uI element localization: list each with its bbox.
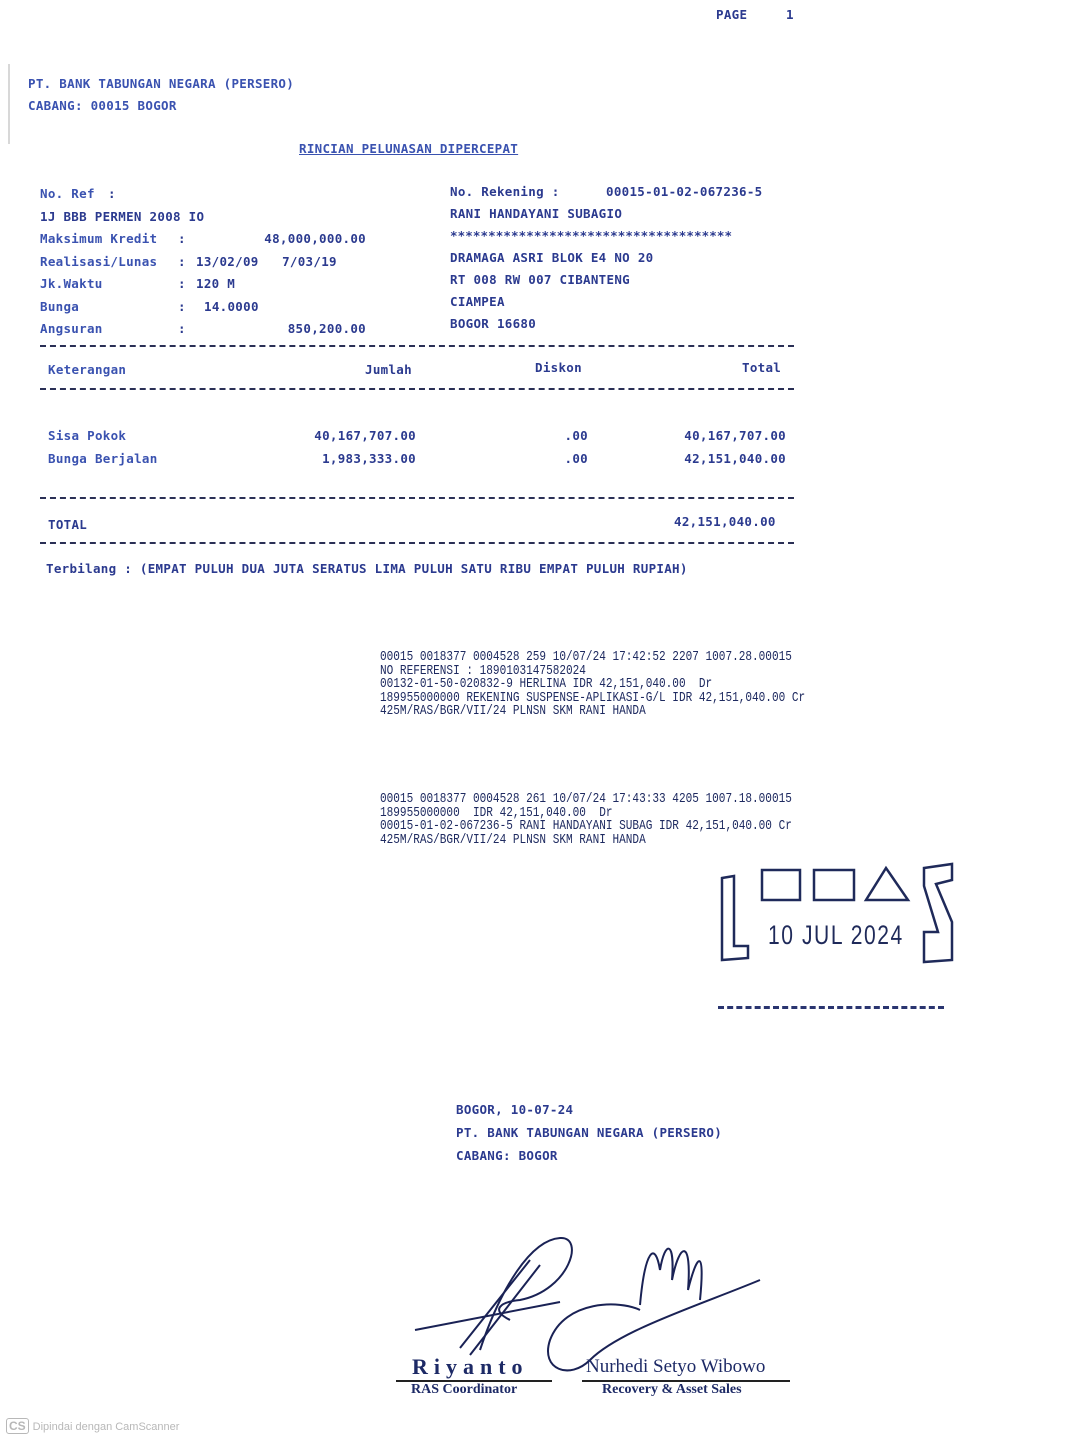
scan-edge-mark [8,64,10,144]
signer-2-name: Nurhedi Setyo Wibowo [586,1356,765,1378]
transaction-line: 425M/RAS/BGR/VII/24 PLNSN SKM RANI HANDA [380,705,646,719]
page-number: 1 [786,7,794,22]
transaction-line: 00015-01-02-067236-5 RANI HANDAYANI SUBA… [380,820,792,834]
bank-branch: CABANG: 00015 BOGOR [28,98,177,113]
divider [40,345,794,347]
signer-1-name: Riyanto [412,1354,529,1380]
divider [40,497,794,499]
header-jumlah: Jumlah [365,362,412,377]
account-label: No. Rekening : [450,184,560,199]
loan-field-separator: : [178,276,186,291]
address-line-4: BOGOR 16680 [450,316,536,331]
page-label: PAGE [716,7,747,22]
bank-name: PT. BANK TABUNGAN NEGARA (PERSERO) [28,76,294,91]
loan-field-label: Jk.Waktu [40,276,103,291]
place-date: BOGOR, 10-07-24 [456,1102,573,1117]
loan-field-value: 850,200.00 [288,321,366,336]
address-line-2: RT 008 RW 007 CIBANTENG [450,272,630,287]
row-total: 40,167,707.00 [684,428,786,443]
loan-field-value: 120 M [196,276,235,291]
loan-field-value: 1J BBB PERMEN 2008 IO [40,209,204,224]
loan-field-separator: : [178,254,186,269]
loan-field-value: 13/02/09 7/03/19 [196,254,337,269]
loan-field-separator: : [178,321,186,336]
camscanner-logo-icon: CS [6,1418,29,1434]
total-value: 42,151,040.00 [674,514,776,529]
signer-1-role: RAS Coordinator [411,1382,517,1398]
scanner-watermark: CSDipindai dengan CamScanner [6,1418,179,1434]
row-amount: 40,167,707.00 [314,428,416,443]
watermark-text: Dipindai dengan CamScanner [33,1421,180,1433]
transaction-line: 00132-01-50-020832-9 HERLINA IDR 42,151,… [380,678,712,692]
transaction-line: 189955000000 IDR 42,151,040.00 Dr [380,807,613,821]
loan-field-separator: : [108,186,116,201]
amount-in-words: Terbilang : (EMPAT PULUH DUA JUTA SERATU… [46,561,688,576]
transaction-line: NO REFERENSI : 1890103147582024 [380,665,586,679]
address-line-3: CIAMPEA [450,294,505,309]
transaction-line: 425M/RAS/BGR/VII/24 PLNSN SKM RANI HANDA [380,834,646,848]
divider [40,388,794,390]
row-discount: .00 [565,428,588,443]
row-description: Bunga Berjalan [48,451,158,466]
row-description: Sisa Pokok [48,428,126,443]
loan-field-value: 14.0000 [204,299,259,314]
total-label: TOTAL [48,517,87,532]
closing-bank: PT. BANK TABUNGAN NEGARA (PERSERO) [456,1125,722,1140]
account-holder: RANI HANDAYANI SUBAGIO [450,206,622,221]
stamp-underline [718,1006,944,1009]
address-line-1: DRAMAGA ASRI BLOK E4 NO 20 [450,250,653,265]
row-discount: .00 [565,451,588,466]
loan-field-label: Bunga [40,299,79,314]
header-total: Total [742,360,781,375]
loan-field-separator: : [178,299,186,314]
loan-field-label: Realisasi/Lunas [40,254,157,269]
loan-field-value: 48,000,000.00 [264,231,366,246]
loan-field-label: Angsuran [40,321,103,336]
account-number: 00015-01-02-067236-5 [606,184,763,199]
signer-2-role: Recovery & Asset Sales [602,1382,742,1398]
transaction-line: 189955000000 REKENING SUSPENSE-APLIKASI-… [380,692,805,706]
loan-field-label: No. Ref [40,186,95,201]
transaction-line: 00015 0018377 0004528 259 10/07/24 17:42… [380,651,792,665]
closing-branch: CABANG: BOGOR [456,1148,558,1163]
header-keterangan: Keterangan [48,362,126,377]
row-amount: 1,983,333.00 [322,451,416,466]
document-title: RINCIAN PELUNASAN DIPERCEPAT [299,141,518,156]
masked-line: ************************************* [450,228,732,243]
loan-field-separator: : [178,231,186,246]
row-total: 42,151,040.00 [684,451,786,466]
divider [40,542,794,544]
header-diskon: Diskon [535,360,582,375]
transaction-line: 00015 0018377 0004528 261 10/07/24 17:43… [380,793,792,807]
loan-field-label: Maksimum Kredit [40,231,157,246]
stamp-date: 10 JUL 2024 [768,920,904,951]
